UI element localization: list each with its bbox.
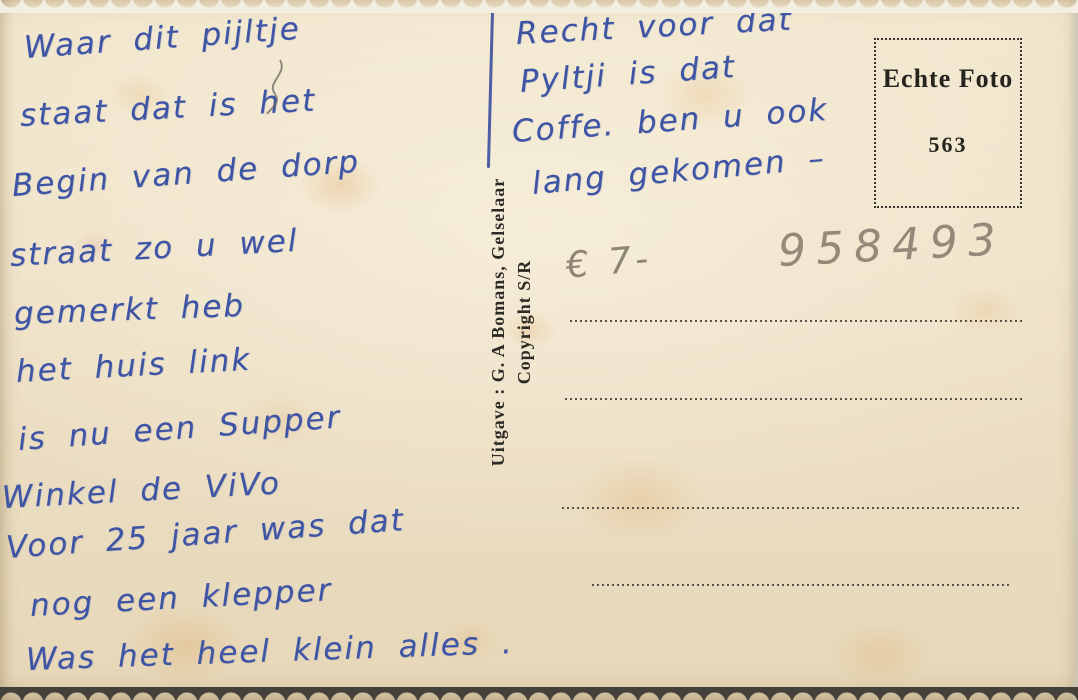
handwriting-line: Was het heel klein alles . (25, 625, 514, 678)
handwriting-line: straat zo u wel (9, 223, 299, 274)
card-edge-right (1070, 0, 1078, 700)
stamp-box: Echte Foto 563 (874, 38, 1022, 208)
address-line (570, 320, 1025, 322)
pencil-price-mark: € 7- (564, 238, 653, 286)
pencil-inventory-number: 958493 (777, 214, 1007, 277)
handwriting-line: Begin van de dorp (11, 144, 361, 204)
handwriting-line: Coffe. ben u ook (511, 92, 830, 150)
handwriting-line: is nu een Supper (17, 399, 343, 458)
handwriting-line: nog een klepper (29, 572, 333, 624)
address-line (565, 398, 1023, 400)
handwriting-line: het huis link (15, 342, 252, 390)
publisher-imprint: Uitgave : G. A Bomans, Gelselaar Copyrig… (485, 172, 537, 472)
stamp-box-title: Echte Foto (876, 64, 1020, 94)
handwriting-line: gemerkt heb (13, 288, 245, 332)
handwriting-line: lang gekomen – (530, 140, 827, 202)
postcard-back: Waar dit pijltje staat dat is het Begin … (0, 0, 1078, 700)
address-line (592, 584, 1012, 586)
ink-divider-stroke (487, 8, 494, 168)
address-line (562, 507, 1022, 509)
handwriting-line: Winkel de ViVo (1, 465, 282, 516)
publisher-line: Uitgave : G. A Bomans, Gelselaar (485, 172, 511, 472)
copyright-line: Copyright S/R (511, 172, 537, 472)
handwriting-line: Pyltji is dat (519, 49, 737, 100)
stamp-box-number: 563 (876, 132, 1020, 158)
ink-squiggle-mark (258, 58, 294, 116)
deckle-edge-bottom (0, 687, 1078, 700)
deckle-edge-top (0, 0, 1078, 13)
